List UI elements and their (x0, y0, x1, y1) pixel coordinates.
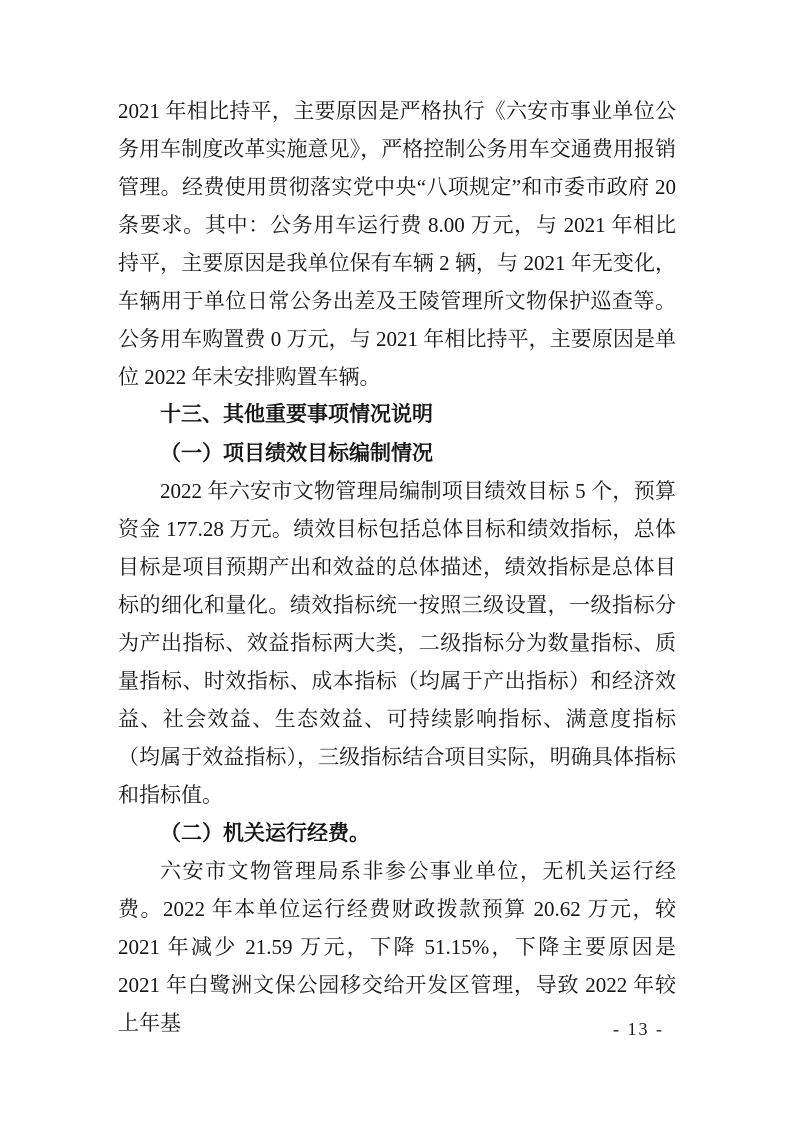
subsection-heading-2-operating-expense: （二）机关运行经费。 (118, 814, 676, 852)
subsection-heading-1-performance-targets: （一）项目绩效目标编制情况 (118, 434, 676, 472)
section-heading-13: 十三、其他重要事项情况说明 (118, 396, 676, 434)
paragraph-vehicle-expense-continuation: 2021 年相比持平，主要原因是严格执行《六安市事业单位公务用车制度改革实施意见… (118, 92, 676, 396)
document-page: 2021 年相比持平，主要原因是严格执行《六安市事业单位公务用车制度改革实施意见… (0, 0, 793, 1122)
page-number: - 13 - (118, 1016, 676, 1042)
paragraph-performance-targets: 2022 年六安市文物管理局编制项目绩效目标 5 个，预算资金 177.28 万… (118, 472, 676, 814)
document-body: 2021 年相比持平，主要原因是严格执行《六安市事业单位公务用车制度改革实施意见… (118, 92, 676, 1042)
paragraph-operating-expense: 六安市文物管理局系非参公事业单位，无机关运行经费。2022 年本单位运行经费财政… (118, 852, 676, 1042)
